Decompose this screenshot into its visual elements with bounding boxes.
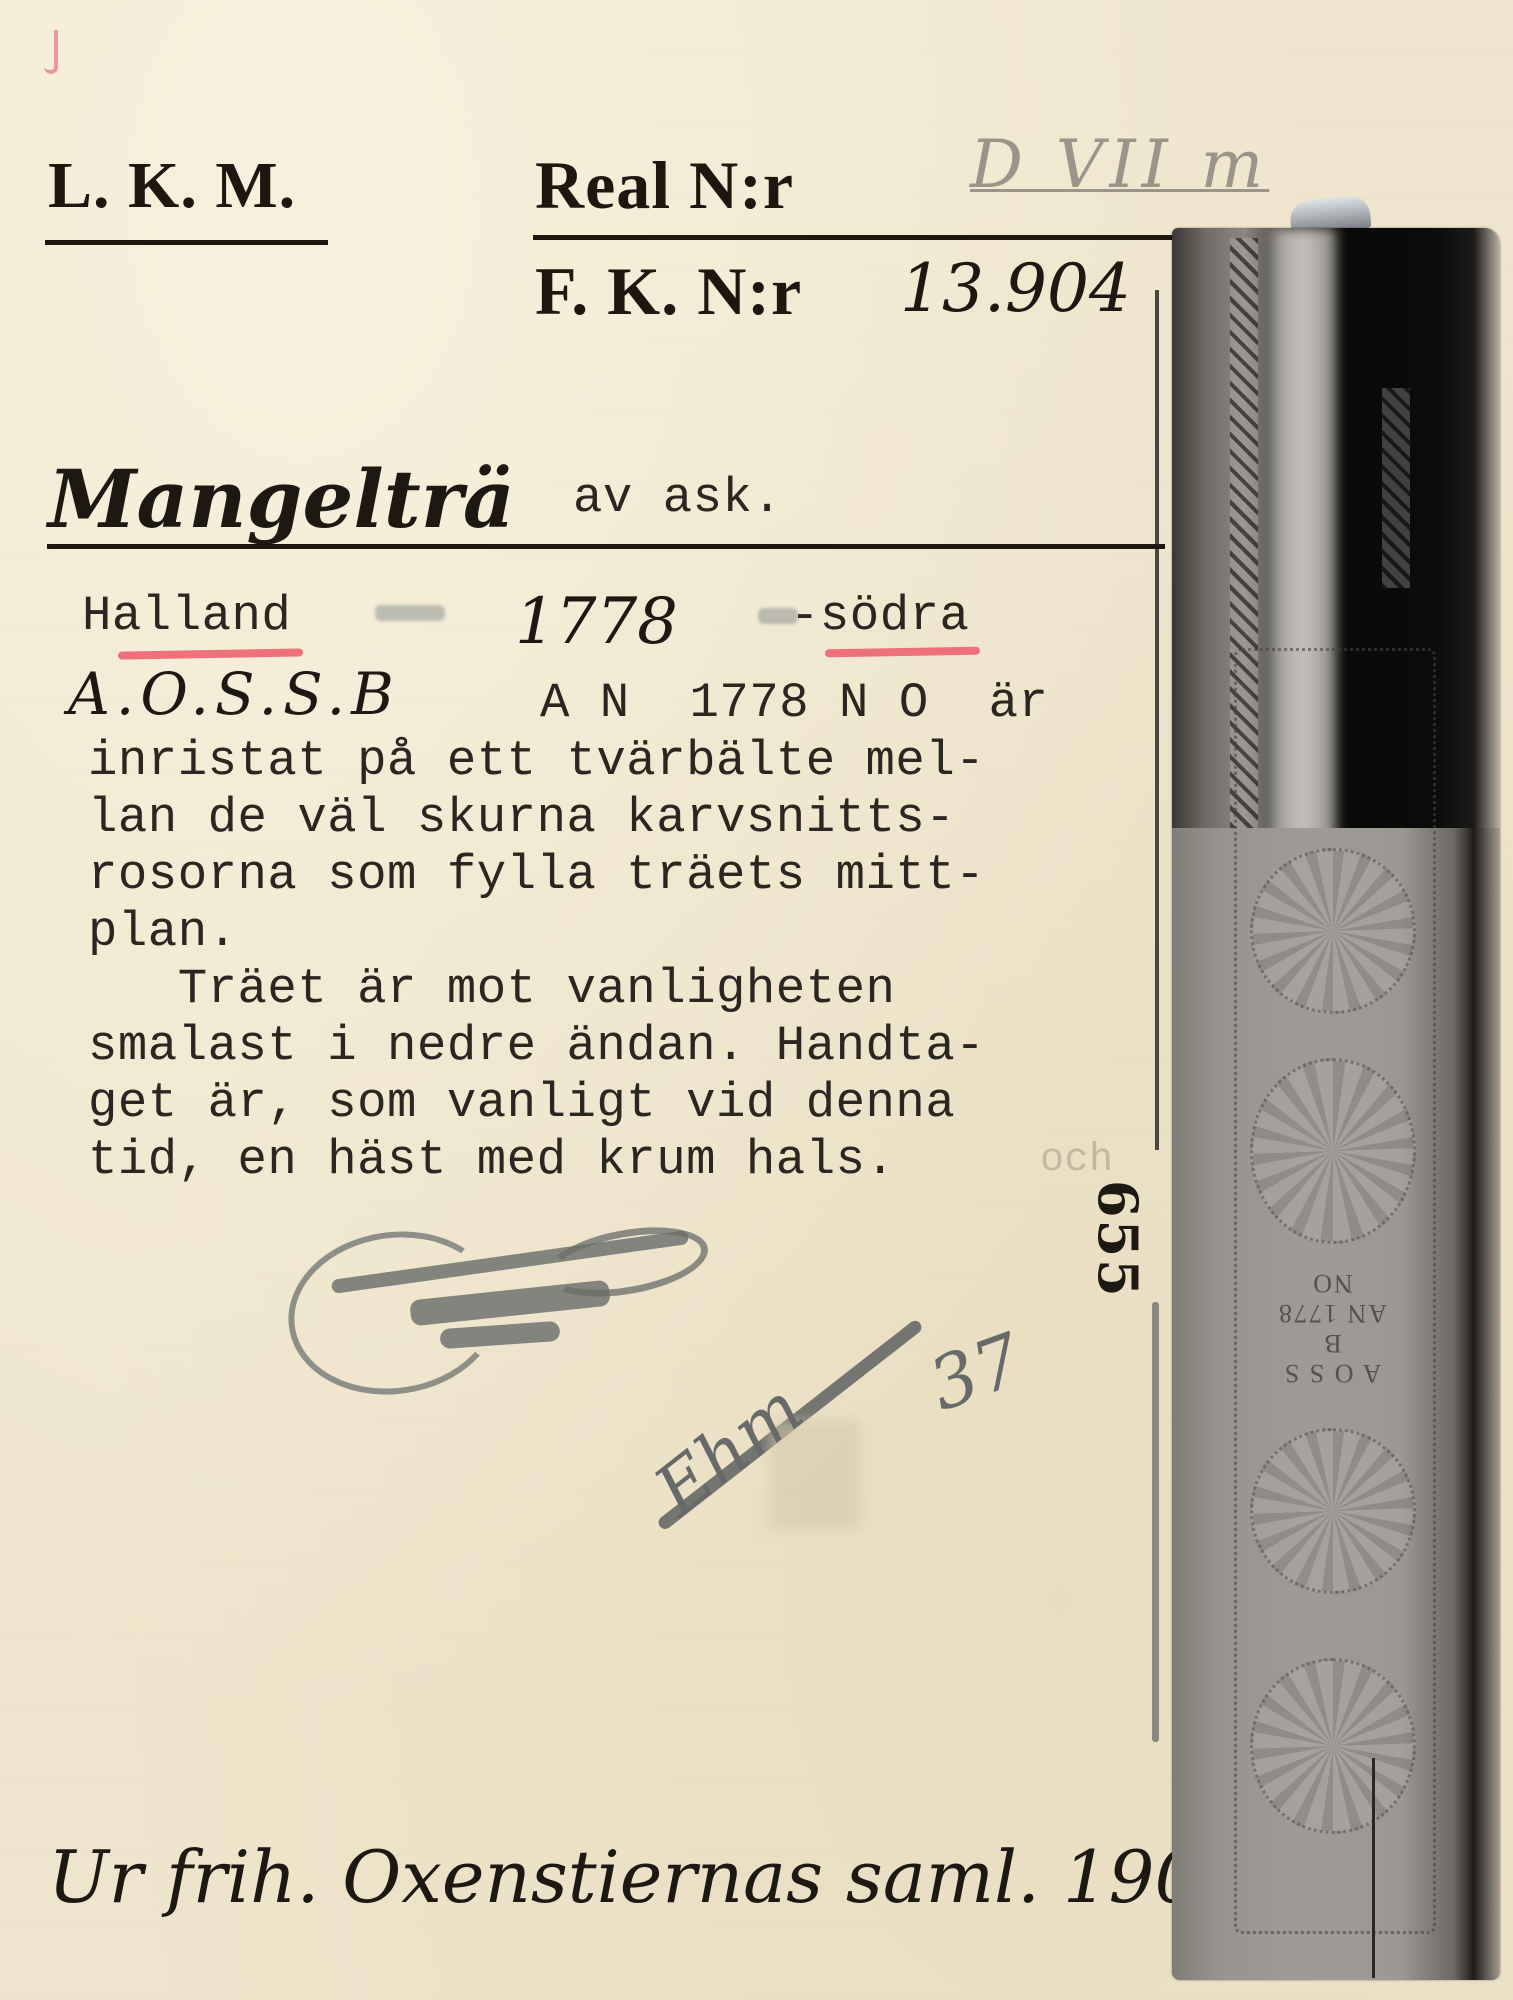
column-divider-lower <box>1152 1302 1159 1742</box>
carved-inscription-line: A O S S B <box>1272 1328 1392 1388</box>
inscription-text: A N 1778 N O är <box>540 675 1048 732</box>
carved-inscription: A O S S B AN 1778 NO <box>1272 1268 1392 1388</box>
object-material: av ask. <box>573 470 782 527</box>
description-line: smalast i nedre ändan. Handta- <box>88 1018 985 1075</box>
description-block: inristat på ett tvärbälte mel- lan de vä… <box>88 733 985 1189</box>
description-line: lan de väl skurna karvsnitts- <box>88 790 985 847</box>
column-divider-upper <box>1155 290 1159 1150</box>
title-rule <box>47 544 1165 549</box>
provenance-year: 1778 <box>515 585 678 659</box>
museum-abbrev: L. K. M. <box>48 148 296 224</box>
fk-nr-label: F. K. N:r <box>535 252 802 331</box>
real-nr-rule <box>533 235 1173 240</box>
description-line: get är, som vanligt vid denna <box>88 1075 985 1132</box>
board-crack <box>1372 1758 1375 1978</box>
carved-inscription-line: AN 1778 NO <box>1272 1268 1392 1328</box>
real-nr-label: Real N:r <box>535 146 794 225</box>
place-red-underline <box>118 648 303 659</box>
corner-red-tick <box>44 30 58 74</box>
region-red-underline <box>825 647 980 658</box>
carved-rosette <box>1250 1658 1416 1834</box>
carved-zigzag-band <box>1382 388 1410 588</box>
description-line: inristat på ett tvärbälte mel- <box>88 733 985 790</box>
museum-abbrev-underline <box>45 240 328 245</box>
footer-provenance-note: Ur frih. Oxenstiernas saml. 1903 <box>48 1835 1246 1919</box>
object-name: Mangelträ <box>48 452 515 546</box>
carved-rosette <box>1250 848 1416 1014</box>
inscription-initials: A.O.S.S.B <box>68 660 400 728</box>
description-line: tid, en häst med krum hals. <box>88 1132 985 1189</box>
description-line: Träet är mot vanligheten <box>88 961 985 1018</box>
fk-nr-value: 13.904 <box>900 250 1131 327</box>
description-line: plan. <box>88 904 985 961</box>
mangle-board-photo: A O S S B AN 1778 NO <box>1172 228 1500 1980</box>
provenance-region: -södra <box>790 588 969 645</box>
carved-rosette <box>1250 1428 1416 1594</box>
photo-lower-board: A O S S B AN 1778 NO <box>1172 828 1500 1980</box>
carved-rosette <box>1250 1058 1416 1244</box>
provenance-place: Halland <box>82 588 291 645</box>
real-nr-value: D VII m <box>970 126 1269 203</box>
side-number: 655 <box>1086 1180 1150 1300</box>
erased-mark-1 <box>375 605 445 621</box>
description-line: rosorna som fylla träets mitt- <box>88 847 985 904</box>
signature-year: 37 <box>918 1317 1033 1427</box>
